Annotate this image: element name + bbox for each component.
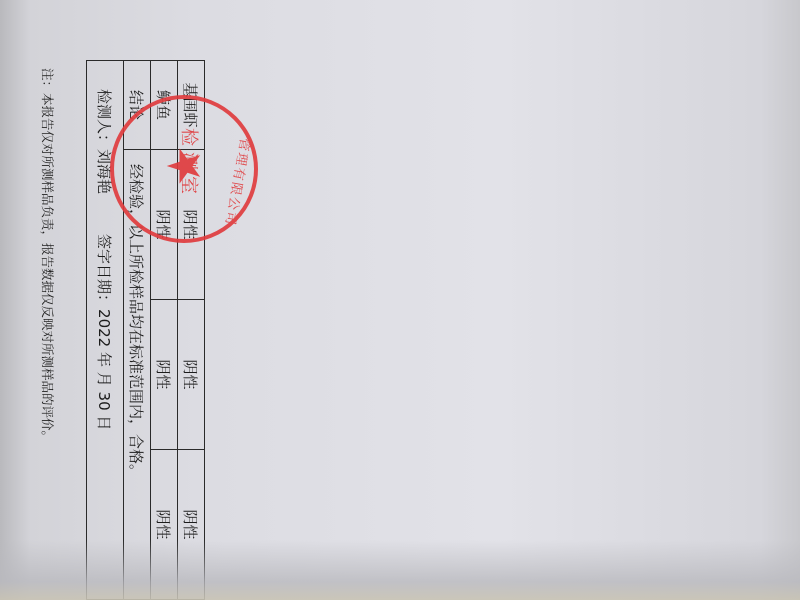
conclusion-row: 结论 经检验，以上所检样品均在标准范围内，合格。 — [124, 61, 151, 600]
result-cell: 阴性 — [151, 150, 178, 300]
inspector-name: 刘海艳 — [96, 149, 114, 194]
conclusion-label: 结论 — [124, 61, 151, 150]
conclusion-text: 经检验，以上所检样品均在标准范围内，合格。 — [124, 150, 151, 600]
signature-row: 检测人：刘海艳 签字日期：2022 年 月 30 日 — [87, 61, 124, 600]
result-cell: 阴性 — [178, 299, 205, 449]
inspector: 检测人：刘海艳 — [95, 89, 116, 194]
table-row: 鲈鱼 阴性 阴性 阴性 — [151, 61, 178, 600]
item-name: 鲈鱼 — [151, 61, 178, 150]
report-note: 注：本报告仅对所测样品负责，报告数据仅反映对所测样品的评价。 — [39, 68, 57, 443]
sign-date-value: 2022 年 月 30 日 — [96, 309, 114, 430]
rotated-report-page: 基围虾 阴性 阴性 阴性 鲈鱼 阴性 阴性 阴性 结论 经检验，以上所检样品均在… — [25, 60, 205, 600]
result-cell: 阴性 — [178, 150, 205, 300]
test-results-table: 基围虾 阴性 阴性 阴性 鲈鱼 阴性 阴性 阴性 结论 经检验，以上所检样品均在… — [86, 60, 205, 600]
sign-date: 签字日期：2022 年 月 30 日 — [95, 234, 116, 430]
table-row: 基围虾 阴性 阴性 阴性 — [178, 61, 205, 600]
page-shadow — [0, 540, 800, 600]
result-cell: 阴性 — [151, 299, 178, 449]
stamp-top-text: 管理有限公司 — [218, 117, 259, 248]
item-name: 基围虾 — [178, 61, 205, 150]
